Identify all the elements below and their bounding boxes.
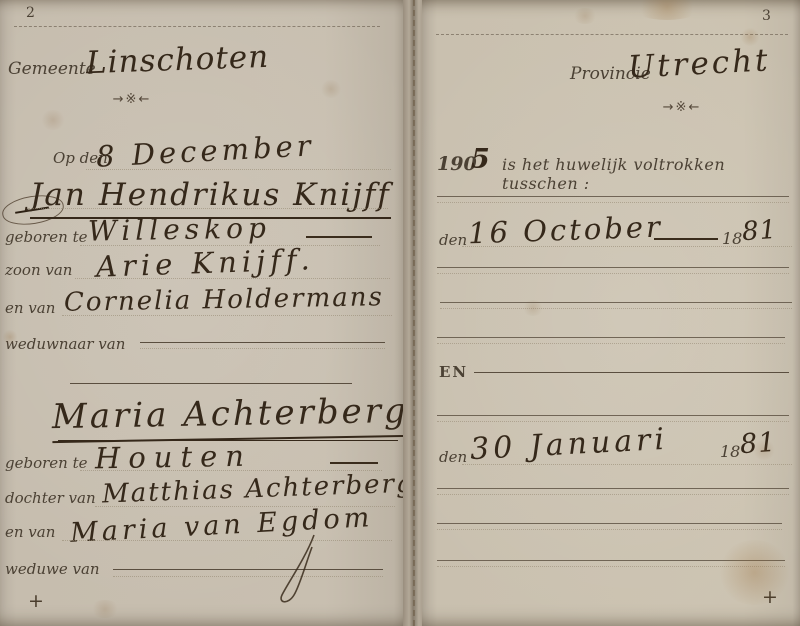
pen-filler-dash — [330, 462, 378, 464]
pen-filler-dash — [654, 238, 718, 240]
bride-birthplace-label: geboren te — [5, 454, 88, 472]
pen-filler-dash — [306, 236, 372, 238]
bride-mother-label: en van — [5, 523, 55, 541]
separator-line — [70, 383, 352, 384]
form-line — [75, 278, 390, 279]
form-line — [28, 208, 388, 209]
page-number-left: 2 — [26, 5, 35, 21]
registrar-cross-mark: + — [28, 590, 44, 612]
bride-birthyear-printed: 18 — [720, 442, 740, 461]
conjunction-label: EN — [439, 363, 468, 381]
province-value: Utrecht — [627, 42, 771, 85]
binding-stitch — [413, 0, 415, 626]
paper-stain — [90, 600, 120, 618]
blank-form-line — [437, 337, 785, 344]
page-left: 2 Gemeente Linschoten →※← Op den 8 Decem… — [0, 0, 406, 626]
page-right: 3 Provincie Utrecht →※← 190 5 is het huw… — [422, 0, 800, 626]
blank-form-line — [437, 196, 789, 203]
form-line — [62, 315, 392, 316]
municipality-label: Gemeente — [8, 59, 96, 79]
form-line — [62, 540, 392, 541]
paper-stain — [320, 80, 342, 98]
form-line — [140, 348, 385, 349]
groom-birthplace: Willeskop — [88, 211, 271, 247]
bride-father-label: dochter van — [5, 489, 96, 507]
groom-birthyear-written: 81 — [741, 215, 778, 247]
blank-form-line — [437, 523, 782, 530]
blank-entry-line — [474, 372, 789, 373]
paper-stain — [717, 540, 792, 605]
top-rule-left — [14, 26, 380, 27]
blank-form-line — [437, 267, 789, 274]
bride-name: Maria Achterberg — [52, 391, 409, 443]
top-rule-right — [436, 34, 788, 35]
blank-form-line — [440, 302, 792, 309]
municipality-value: Linschoten — [85, 39, 269, 81]
printer-ornament-icon: →※← — [650, 100, 714, 115]
registrar-cross-mark: + — [762, 586, 778, 608]
printer-ornament-icon: →※← — [100, 92, 164, 107]
blank-form-line — [437, 488, 789, 495]
widow-of-label: weduwe van — [5, 560, 100, 578]
blank-form-line — [437, 560, 785, 567]
bride-birthdate: 30 Januari — [469, 422, 669, 467]
groom-mother-name: Cornelia Holdermans — [64, 282, 384, 318]
paper-stain — [572, 8, 598, 24]
groom-birthdate: 16 October — [467, 210, 663, 251]
page-number-right: 3 — [762, 8, 771, 24]
form-line — [462, 464, 792, 465]
groom-mother-label: en van — [5, 299, 55, 317]
form-line — [462, 246, 792, 247]
blank-entry-line — [140, 342, 385, 343]
marriage-booklet-scan: 2 Gemeente Linschoten →※← Op den 8 Decem… — [0, 0, 800, 626]
widower-of-label: weduwnaar van — [5, 335, 125, 353]
paper-stain — [632, 0, 702, 20]
groom-birthplace-label: geboren te — [5, 228, 88, 246]
marriage-date-value: 8 December — [95, 128, 315, 173]
bride-birthyear-written: 81 — [739, 427, 777, 460]
paper-stain — [40, 110, 66, 130]
blank-entry-line — [113, 569, 383, 570]
marriage-year-written: 5 — [471, 144, 491, 175]
form-line — [113, 576, 383, 577]
bride-mother-name: Maria van Egdom — [69, 502, 374, 549]
groom-father-label: zoon van — [5, 261, 72, 279]
blank-form-line — [437, 415, 789, 422]
pen-descender-flourish — [268, 535, 328, 605]
marriage-statement: is het huwelijk voltrokken tusschen : — [502, 155, 800, 193]
form-line — [86, 169, 391, 170]
